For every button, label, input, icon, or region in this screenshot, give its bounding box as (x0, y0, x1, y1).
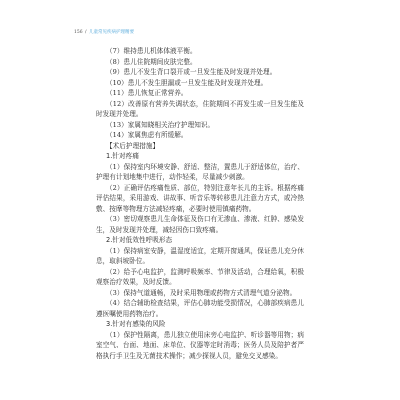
goal-item-10: （10）患儿不发生胆漏或一旦发生能及时发现并处理。 (96, 78, 304, 89)
goal-item-7: （7）维持患儿机体体液平衡。 (96, 46, 304, 57)
header-separator: / (85, 30, 87, 35)
pain-measure-2: （2）正确评估疼痛性质、部位，特别注意年长儿的主诉。根据疼痛评估结果，采用游戏、… (96, 183, 304, 215)
pain-measure-3: （3）密切观察患儿生命体征及伤口有无渗血、渗液、红肿、感染发生，及时发现并处理，… (96, 214, 304, 235)
subheading-pain: 1.针对疼痛 (96, 151, 304, 162)
subheading-breathing: 2.针对低效性呼吸形态 (96, 235, 304, 246)
goal-item-14: （14）家属焦虑有所缓解。 (96, 130, 304, 141)
breathing-measure-1: （1）保持病室安静，温湿度适宜，定期开窗通风，保证患儿充分休息，取斜坡卧位。 (96, 246, 304, 267)
infection-measure-1: （1）保护性隔离，患儿独立使用床旁心电监护、听诊器等用物；病室空气、台面、地面、… (96, 330, 304, 362)
goal-item-9: （9）患儿不发生背口裂开或一旦发生能及时发现并处理。 (96, 67, 304, 78)
breathing-measure-4: （4）结合辅助检查结果，评估心肺功能受损情况，心肺部疾病患儿遵医嘱使用药物治疗。 (96, 298, 304, 319)
section-title: 【术后护理措施】 (96, 141, 304, 152)
breathing-measure-3: （3）保持气道通畅，及时采用物理或药物方式清理气道分泌物。 (96, 288, 304, 299)
goal-item-11: （11）患儿恢复正常营养。 (96, 88, 304, 99)
subheading-infection: 3.针对有感染的风险 (96, 319, 304, 330)
page-body: （7）维持患儿机体体液平衡。 （8）患儿住院期间皮肤完整。 （9）患儿不发生背口… (96, 46, 304, 361)
book-title: 儿童常见疾病护理精要 (89, 30, 134, 35)
page-number: 156 (74, 30, 83, 35)
breathing-measure-2: （2）给予心电监护，监测呼吸频率、节律及活动，合理给氧，积极观察治疗效果，及时反… (96, 267, 304, 288)
goal-item-8: （8）患儿住院期间皮肤完整。 (96, 57, 304, 68)
document-page: 156 / 儿童常见疾病护理精要 （7）维持患儿机体体液平衡。 （8）患儿住院期… (0, 0, 400, 400)
goal-item-12: （12）改善原有营养失调状态，住院期间不再发生或一旦发生能及时发现并处理。 (96, 99, 304, 120)
goal-item-13: （13）家属知晓相关治疗护理知识。 (96, 120, 304, 131)
pain-measure-1: （1）保持室内环境安静、舒适、整洁，置患儿于舒适体位，治疗、护理有计划地集中进行… (96, 162, 304, 183)
running-header: 156 / 儿童常见疾病护理精要 (74, 30, 134, 36)
